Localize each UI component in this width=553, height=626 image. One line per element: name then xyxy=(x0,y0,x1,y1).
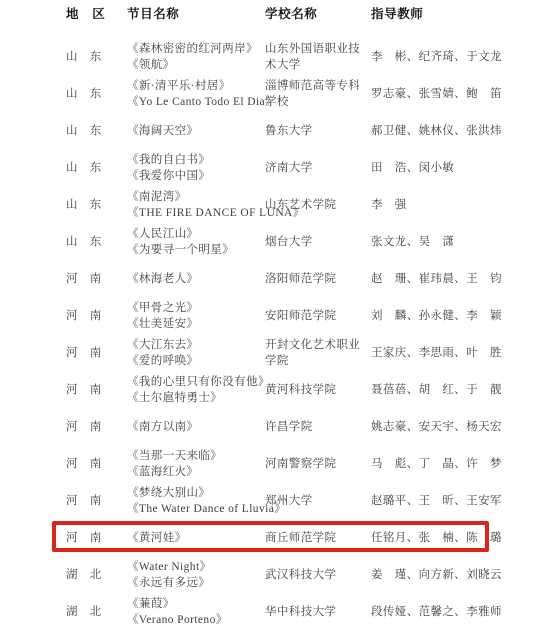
program-line: 《海阔天空》 xyxy=(127,123,265,139)
school-cell: 烟台大学 xyxy=(265,234,371,250)
program-line: 《The Water Dance of Lluvia》 xyxy=(127,501,265,517)
program-cell: 《森林密密的红河两岸》《领航》 xyxy=(127,41,265,73)
school-cell: 开封文化艺术职业学院 xyxy=(265,337,371,369)
teachers-cell: 任铭月、张 楠、陈 璐 xyxy=(371,530,507,546)
program-cell: 《林海老人》 xyxy=(127,271,265,287)
table-row: 河 南 《黄河娃》 商丘师范学院 任铭月、张 楠、陈 璐 xyxy=(66,519,507,556)
program-line: 《梦绕大别山》 xyxy=(127,485,265,501)
teachers-cell: 赵 珊、崔玮晨、王 钧 xyxy=(371,271,507,287)
table-row: 河 南 《南方以南》 许昌学院 姚志豪、安天宇、杨天宏 xyxy=(66,408,507,445)
program-line: 《永远有多远》 xyxy=(127,575,265,591)
program-line: 《Verano Porteno》 xyxy=(127,612,265,626)
program-line: 《壮美延安》 xyxy=(127,316,265,332)
table-row: 山 东 《人民江山》《为要寻一个明星》 烟台大学 张文龙、吴 潇 xyxy=(66,223,507,260)
program-cell: 《甲骨之光》《壮美延安》 xyxy=(127,300,265,332)
program-line: 《黄河娃》 xyxy=(127,530,265,546)
school-cell: 河南警察学院 xyxy=(265,456,371,472)
program-cell: 《人民江山》《为要寻一个明星》 xyxy=(127,226,265,258)
teachers-cell: 姚志豪、安天宇、杨天宏 xyxy=(371,419,507,435)
column-header-teachers: 指导教师 xyxy=(371,6,507,22)
school-cell: 许昌学院 xyxy=(265,419,371,435)
program-line: 《甲骨之光》 xyxy=(127,300,265,316)
region-cell: 湖 北 xyxy=(66,567,127,583)
region-cell: 山 东 xyxy=(66,234,127,250)
table-row: 河 南 《当那一天来临》《蓝海红火》 河南警察学院 马 彪、丁 晶、许 梦 xyxy=(66,445,507,482)
region-cell: 河 南 xyxy=(66,456,127,472)
school-cell: 山东艺术学院 xyxy=(265,197,371,213)
school-cell: 鲁东大学 xyxy=(265,123,371,139)
award-table: 地 区 节目名称 学校名称 指导教师 山 东 《森林密密的红河两岸》《领航》 山… xyxy=(66,6,507,626)
table-row: 河 南 《大江东去》《爱的呼唤》 开封文化艺术职业学院 王家庆、李思雨、叶 胜 xyxy=(66,334,507,371)
teachers-cell: 马 彪、丁 晶、许 梦 xyxy=(371,456,507,472)
column-header-region: 地 区 xyxy=(66,6,127,22)
region-cell: 山 东 xyxy=(66,49,127,65)
region-cell: 山 东 xyxy=(66,86,127,102)
program-line: 《THE FIRE DANCE OF LUNA》 xyxy=(127,205,265,221)
table-row: 山 东 《新·清平乐·村居》《Yo Le Canto Todo El Dia》 … xyxy=(66,75,507,112)
teachers-cell: 刘 麟、孙永健、李 颖 xyxy=(371,308,507,324)
table-row: 山 东 《我的自白书》《我爱你中国》 济南大学 田 浩、闵小敏 xyxy=(66,149,507,186)
program-line: 《领航》 xyxy=(127,57,265,73)
table-row: 山 东 《海阔天空》 鲁东大学 郝卫健、姚林仪、张洪炜 xyxy=(66,112,507,149)
program-cell: 《蒹葭》《Verano Porteno》 xyxy=(127,596,265,626)
program-cell: 《当那一天来临》《蓝海红火》 xyxy=(127,448,265,480)
teachers-cell: 张文龙、吴 潇 xyxy=(371,234,507,250)
school-cell: 济南大学 xyxy=(265,160,371,176)
teachers-cell: 王家庆、李思雨、叶 胜 xyxy=(371,345,507,361)
program-line: 《新·清平乐·村居》 xyxy=(127,78,265,94)
program-cell: 《新·清平乐·村居》《Yo Le Canto Todo El Dia》 xyxy=(127,78,265,110)
region-cell: 河 南 xyxy=(66,345,127,361)
school-cell: 淄博师范高等专科学校 xyxy=(265,78,371,110)
table-header-row: 地 区 节目名称 学校名称 指导教师 xyxy=(66,6,507,22)
table-row: 山 东 《南泥湾》《THE FIRE DANCE OF LUNA》 山东艺术学院… xyxy=(66,186,507,223)
school-cell: 黄河科技学院 xyxy=(265,382,371,398)
school-cell: 华中科技大学 xyxy=(265,604,371,620)
program-line: 《森林密密的红河两岸》 xyxy=(127,41,265,57)
program-line: 《林海老人》 xyxy=(127,271,265,287)
program-cell: 《我的心里只有你没有他》《土尔扈特勇士》 xyxy=(127,374,265,406)
teachers-cell: 段传娅、范馨之、李雅师 xyxy=(371,604,507,620)
school-cell: 武汉科技大学 xyxy=(265,567,371,583)
school-cell: 洛阳师范学院 xyxy=(265,271,371,287)
program-line: 《为要寻一个明星》 xyxy=(127,242,265,258)
region-cell: 河 南 xyxy=(66,530,127,546)
program-line: 《Water Night》 xyxy=(127,559,265,575)
program-cell: 《南泥湾》《THE FIRE DANCE OF LUNA》 xyxy=(127,189,265,221)
region-cell: 河 南 xyxy=(66,382,127,398)
teachers-cell: 罗志豪、张雪婧、鲍 笛 xyxy=(371,86,507,102)
program-line: 《南泥湾》 xyxy=(127,189,265,205)
program-line: 《南方以南》 xyxy=(127,419,265,435)
school-cell: 山东外国语职业技术大学 xyxy=(265,41,371,73)
teachers-cell: 郝卫健、姚林仪、张洪炜 xyxy=(371,123,507,139)
program-line: 《蒹葭》 xyxy=(127,596,265,612)
program-line: 《我爱你中国》 xyxy=(127,168,265,184)
region-cell: 河 南 xyxy=(66,419,127,435)
column-header-program: 节目名称 xyxy=(127,6,265,22)
program-line: 《大江东去》 xyxy=(127,337,265,353)
program-cell: 《梦绕大别山》《The Water Dance of Lluvia》 xyxy=(127,485,265,517)
table-row: 河 南 《林海老人》 洛阳师范学院 赵 珊、崔玮晨、王 钧 xyxy=(66,260,507,297)
program-line: 《人民江山》 xyxy=(127,226,265,242)
program-cell: 《黄河娃》 xyxy=(127,530,265,546)
program-line: 《我的心里只有你没有他》 xyxy=(127,374,265,390)
region-cell: 河 南 xyxy=(66,271,127,287)
document-page: 地 区 节目名称 学校名称 指导教师 山 东 《森林密密的红河两岸》《领航》 山… xyxy=(0,0,553,626)
school-cell: 商丘师范学院 xyxy=(265,530,371,546)
teachers-cell: 赵璐平、王 昕、王安军 xyxy=(371,493,507,509)
table-row: 河 南 《我的心里只有你没有他》《土尔扈特勇士》 黄河科技学院 聂蓓蓓、胡 红、… xyxy=(66,371,507,408)
region-cell: 湖 北 xyxy=(66,604,127,620)
table-row: 山 东 《森林密密的红河两岸》《领航》 山东外国语职业技术大学 李 彬、纪齐琦、… xyxy=(66,38,507,75)
table-row: 湖 北 《蒹葭》《Verano Porteno》 华中科技大学 段传娅、范馨之、… xyxy=(66,593,507,626)
teachers-cell: 李 彬、纪齐琦、于文龙 xyxy=(371,49,507,65)
teachers-cell: 姜 瑾、向方新、刘晓云 xyxy=(371,567,507,583)
program-line: 《爱的呼唤》 xyxy=(127,353,265,369)
school-cell: 郑州大学 xyxy=(265,493,371,509)
school-cell: 安阳师范学院 xyxy=(265,308,371,324)
program-cell: 《我的自白书》《我爱你中国》 xyxy=(127,152,265,184)
table-row: 湖 北 《Water Night》《永远有多远》 武汉科技大学 姜 瑾、向方新、… xyxy=(66,556,507,593)
program-cell: 《南方以南》 xyxy=(127,419,265,435)
table-body: 山 东 《森林密密的红河两岸》《领航》 山东外国语职业技术大学 李 彬、纪齐琦、… xyxy=(66,38,507,626)
region-cell: 山 东 xyxy=(66,123,127,139)
teachers-cell: 聂蓓蓓、胡 红、于 靓 xyxy=(371,382,507,398)
teachers-cell: 李 强 xyxy=(371,197,507,213)
program-line: 《当那一天来临》 xyxy=(127,448,265,464)
table-row: 河 南 《甲骨之光》《壮美延安》 安阳师范学院 刘 麟、孙永健、李 颖 xyxy=(66,297,507,334)
table-row: 河 南 《梦绕大别山》《The Water Dance of Lluvia》 郑… xyxy=(66,482,507,519)
region-cell: 河 南 xyxy=(66,308,127,324)
program-cell: 《Water Night》《永远有多远》 xyxy=(127,559,265,591)
program-line: 《蓝海红火》 xyxy=(127,464,265,480)
program-cell: 《大江东去》《爱的呼唤》 xyxy=(127,337,265,369)
program-line: 《土尔扈特勇士》 xyxy=(127,390,265,406)
column-header-school: 学校名称 xyxy=(265,6,371,22)
program-cell: 《海阔天空》 xyxy=(127,123,265,139)
region-cell: 山 东 xyxy=(66,160,127,176)
region-cell: 山 东 xyxy=(66,197,127,213)
program-line: 《我的自白书》 xyxy=(127,152,265,168)
program-line: 《Yo Le Canto Todo El Dia》 xyxy=(127,94,265,110)
teachers-cell: 田 浩、闵小敏 xyxy=(371,160,507,176)
region-cell: 河 南 xyxy=(66,493,127,509)
